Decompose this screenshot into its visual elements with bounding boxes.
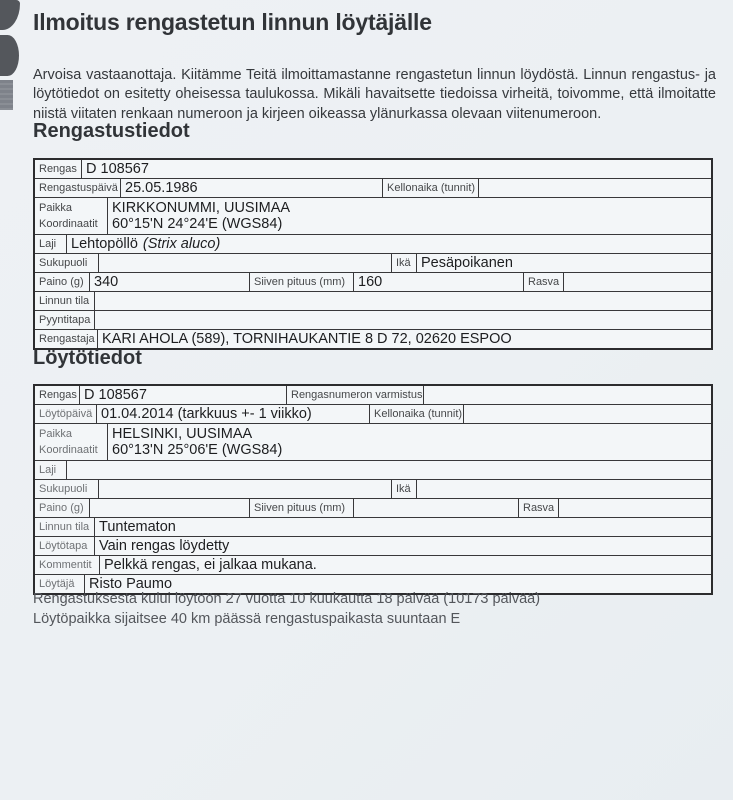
table-row-catch-method: Pyyntitapa	[35, 310, 711, 329]
age-label: Ikä	[392, 480, 417, 498]
sex-value	[99, 254, 392, 272]
intro-paragraph: Arvoisa vastaanottaja. Kiitämme Teitä il…	[33, 66, 716, 125]
sex-label: Sukupuoli	[35, 480, 99, 498]
find-method-label: Löytötapa	[35, 537, 95, 555]
table-row-species: Laji	[35, 460, 711, 479]
table-row-species: Laji Lehtopöllö (Strix aluco)	[35, 234, 711, 253]
ringing-time-value	[479, 179, 711, 197]
fat-label: Rasva	[519, 499, 559, 517]
ringing-date-value: 25.05.1986	[121, 179, 383, 197]
finding-time-label: Kellonaika (tunnit)	[370, 405, 464, 423]
ring-number-value: D 108567	[82, 160, 711, 178]
coordinates-label: Koordinaatit	[39, 216, 98, 232]
table-row-sex-age: Sukupuoli Ikä	[35, 479, 711, 498]
comments-value: Pelkkä rengas, ei jalkaa mukana.	[100, 556, 711, 574]
wing-length-label: Siiven pituus (mm)	[250, 273, 354, 291]
table-row-ringer: Rengastaja KARI AHOLA (589), TORNIHAUKAN…	[35, 329, 711, 348]
wing-length-label: Siiven pituus (mm)	[250, 499, 354, 517]
bird-condition-value	[95, 292, 711, 310]
table-row-ring: Rengas D 108567 Rengasnumeron varmistus	[35, 386, 711, 404]
weight-label: Paino (g)	[35, 273, 90, 291]
finding-place-value: HELSINKI, UUSIMAA 60°13'N 25°06'E (WGS84…	[108, 424, 711, 460]
place-label: Paikka	[39, 426, 72, 442]
bird-condition-value: Tuntematon	[95, 518, 711, 536]
species-value: Lehtopöllö (Strix aluco)	[67, 235, 711, 253]
ringer-label: Rengastaja	[35, 330, 98, 348]
age-label: Ikä	[392, 254, 417, 272]
summary-block: Rengastuksesta kului löytöön 27 vuotta 1…	[33, 589, 716, 629]
ring-check-value	[424, 386, 711, 404]
bird-condition-label: Linnun tila	[35, 292, 95, 310]
logo-shape-bottom	[0, 80, 13, 110]
species-label: Laji	[35, 235, 67, 253]
catch-method-label: Pyyntitapa	[35, 311, 95, 329]
logo-shape-middle	[0, 35, 19, 76]
table-row-measurements: Paino (g) 340 Siiven pituus (mm) 160 Ras…	[35, 272, 711, 291]
ringing-date-label: Rengastuspäivä	[35, 179, 121, 197]
coordinates-value: 60°15'N 24°24'E (WGS84)	[112, 216, 282, 232]
table-row-measurements: Paino (g) Siiven pituus (mm) Rasva	[35, 498, 711, 517]
table-row-date: Löytöpäivä 01.04.2014 (tarkkuus +- 1 vii…	[35, 404, 711, 423]
place-value: KIRKKONUMMI, UUSIMAA	[112, 200, 290, 216]
place-value: HELSINKI, UUSIMAA	[112, 426, 252, 442]
bird-condition-label: Linnun tila	[35, 518, 95, 536]
finding-time-value	[464, 405, 711, 423]
weight-value	[90, 499, 250, 517]
table-row-condition: Linnun tila	[35, 291, 711, 310]
section-heading-ringing: Rengastustiedot	[33, 120, 190, 143]
scanned-document-page: Ilmoitus rengastetun linnun löytäjälle A…	[0, 0, 733, 800]
ring-number-value: D 108567	[80, 386, 287, 404]
table-row-date: Rengastuspäivä 25.05.1986 Kellonaika (tu…	[35, 178, 711, 197]
wing-length-value	[354, 499, 519, 517]
sex-value	[99, 480, 392, 498]
ring-check-label: Rengasnumeron varmistus	[287, 386, 424, 404]
page-title: Ilmoitus rengastetun linnun löytäjälle	[33, 9, 432, 36]
table-row-ring: Rengas D 108567	[35, 160, 711, 178]
weight-label: Paino (g)	[35, 499, 90, 517]
ringing-table: Rengas D 108567 Rengastuspäivä 25.05.198…	[33, 158, 713, 350]
weight-value: 340	[90, 273, 250, 291]
finding-place-label: Paikka Koordinaatit	[35, 424, 108, 460]
coordinates-label: Koordinaatit	[39, 442, 98, 458]
finding-date-label: Löytöpäivä	[35, 405, 97, 423]
fat-label: Rasva	[524, 273, 564, 291]
coordinates-value: 60°13'N 25°06'E (WGS84)	[112, 442, 282, 458]
species-label: Laji	[35, 461, 67, 479]
table-row-find-method: Löytötapa Vain rengas löydetty	[35, 536, 711, 555]
ringing-place-label: Paikka Koordinaatit	[35, 198, 108, 234]
fat-value	[559, 499, 711, 517]
age-value	[417, 480, 711, 498]
table-row-place: Paikka Koordinaatit KIRKKONUMMI, UUSIMAA…	[35, 197, 711, 234]
species-value	[67, 461, 711, 479]
finding-table: Rengas D 108567 Rengasnumeron varmistus …	[33, 384, 713, 595]
partial-logo-mark	[0, 0, 26, 115]
wing-length-value: 160	[354, 273, 524, 291]
catch-method-value	[95, 311, 711, 329]
fat-value	[564, 273, 711, 291]
section-heading-finding: Löytötiedot	[33, 347, 142, 370]
summary-elapsed-time: Rengastuksesta kului löytöön 27 vuotta 1…	[33, 589, 716, 609]
find-method-value: Vain rengas löydetty	[95, 537, 711, 555]
ringing-time-label: Kellonaika (tunnit)	[383, 179, 479, 197]
species-latin-name: (Strix aluco)	[143, 236, 220, 252]
ring-number-label: Rengas	[35, 386, 80, 404]
species-common-name: Lehtopöllö	[71, 236, 138, 252]
ring-number-label: Rengas	[35, 160, 82, 178]
table-row-sex-age: Sukupuoli Ikä Pesäpoikanen	[35, 253, 711, 272]
table-row-comments: Kommentit Pelkkä rengas, ei jalkaa mukan…	[35, 555, 711, 574]
age-value: Pesäpoikanen	[417, 254, 711, 272]
finding-date-value: 01.04.2014 (tarkkuus +- 1 viikko)	[97, 405, 370, 423]
ringing-place-value: KIRKKONUMMI, UUSIMAA 60°15'N 24°24'E (WG…	[108, 198, 711, 234]
comments-label: Kommentit	[35, 556, 100, 574]
sex-label: Sukupuoli	[35, 254, 99, 272]
logo-shape-top	[0, 0, 20, 30]
table-row-condition: Linnun tila Tuntematon	[35, 517, 711, 536]
summary-distance: Löytöpaikka sijaitsee 40 km päässä renga…	[33, 609, 716, 629]
table-row-place: Paikka Koordinaatit HELSINKI, UUSIMAA 60…	[35, 423, 711, 460]
ringer-value: KARI AHOLA (589), TORNIHAUKANTIE 8 D 72,…	[98, 330, 711, 348]
place-label: Paikka	[39, 200, 72, 216]
